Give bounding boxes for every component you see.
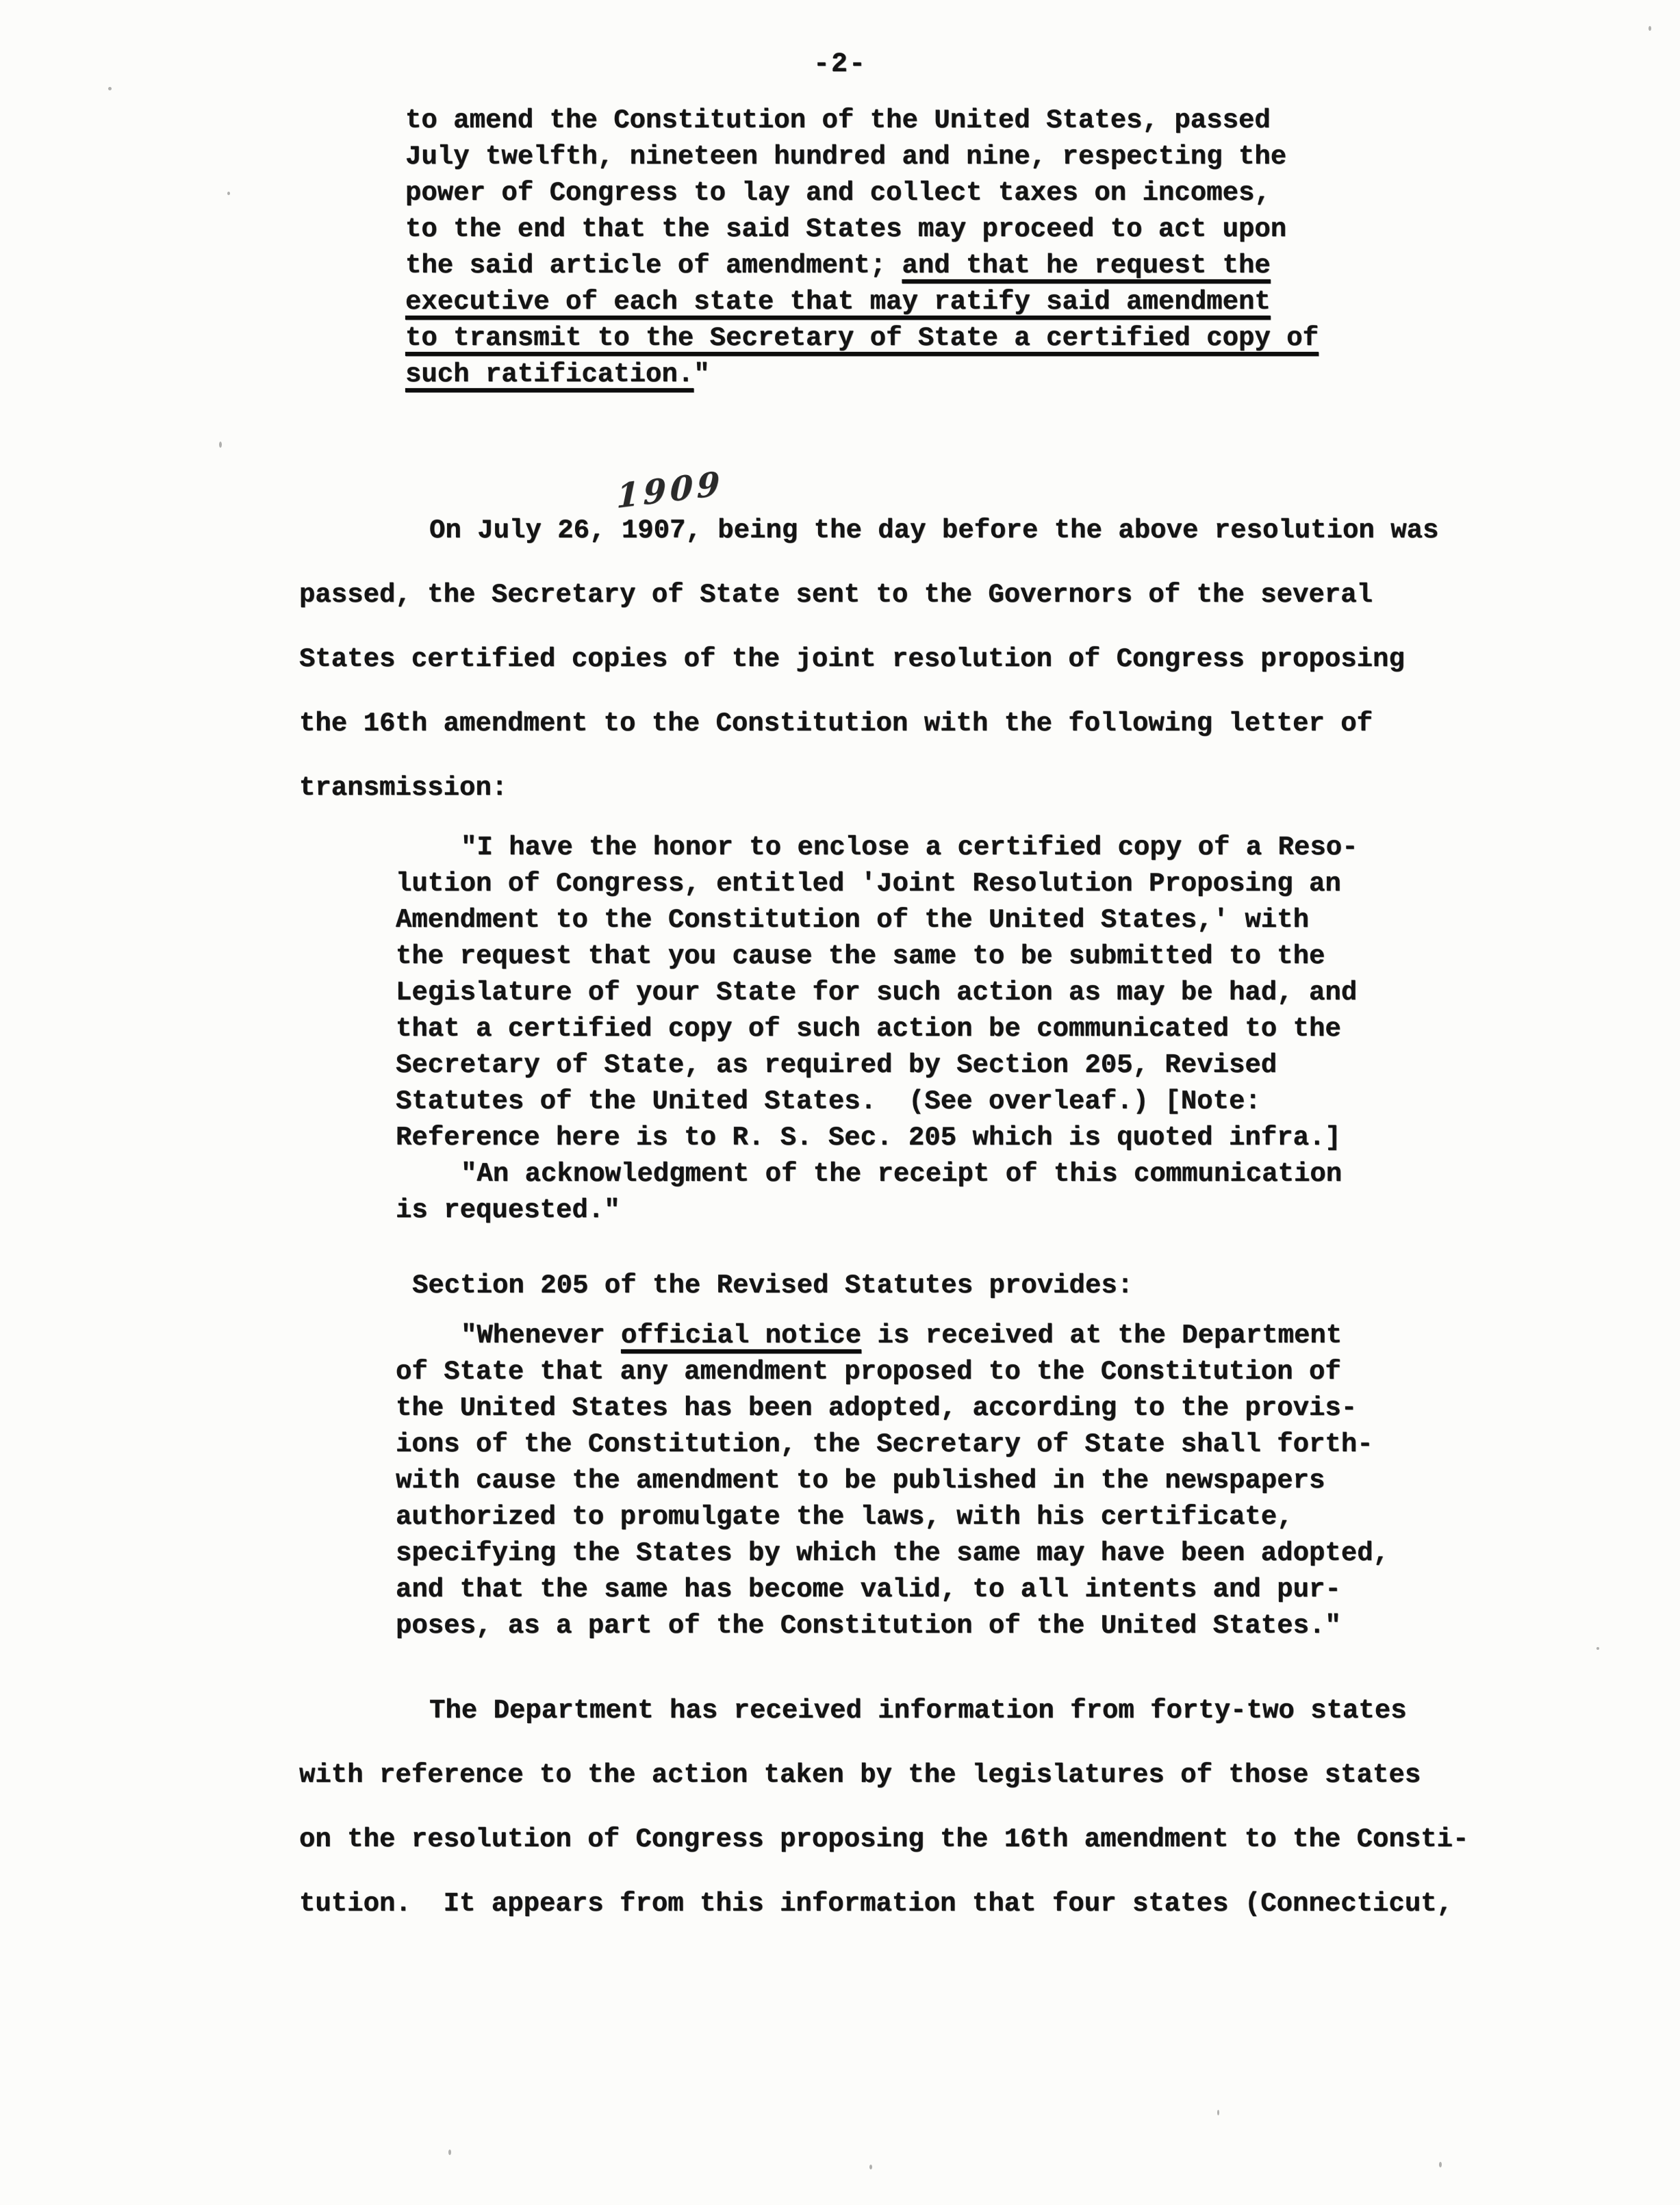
ink-speck: [1596, 1647, 1599, 1650]
text-segment: with cause the amendment to be published…: [396, 1466, 1325, 1496]
underlined-text-segment: official notice: [621, 1321, 861, 1351]
ink-speck: [1217, 2110, 1219, 2115]
text-segment: tution. It appears from this information…: [299, 1889, 1453, 1919]
document-page: -2- to amend the Constitution of the Uni…: [0, 0, 1680, 2205]
text-line: Amendment to the Constitution of the Uni…: [396, 902, 1358, 939]
text-segment: "Whenever: [461, 1321, 621, 1351]
text-line: to transmit to the Secretary of State a …: [405, 320, 1319, 357]
text-segment: poses, as a part of the Constitution of …: [396, 1611, 1341, 1641]
section-205-heading: Section 205 of the Revised Statutes prov…: [299, 1268, 1133, 1304]
text-line: with cause the amendment to be published…: [396, 1463, 1389, 1499]
ink-speck: [108, 87, 112, 90]
text-segment: of State that any amendment proposed to …: [396, 1357, 1341, 1387]
text-segment: and that the same has become valid, to a…: [396, 1575, 1341, 1605]
underlined-text-segment: such ratification.: [405, 359, 693, 390]
text-line: the United States has been adopted, acco…: [396, 1390, 1389, 1427]
text-line: specifying the States by which the same …: [396, 1535, 1389, 1572]
text-segment: ions of the Constitution, the Secretary …: [396, 1429, 1373, 1460]
text-line: "Whenever official notice is received at…: [396, 1318, 1389, 1354]
text-segment: the request that you cause the same to b…: [396, 941, 1325, 971]
blockquote-revised-statutes: "Whenever official notice is received at…: [396, 1318, 1389, 1644]
text-segment: "I have the honor to enclose a certified…: [461, 832, 1358, 863]
text-line: to the end that the said States may proc…: [405, 212, 1319, 248]
text-line: lution of Congress, entitled 'Joint Reso…: [396, 866, 1358, 902]
text-line: ions of the Constitution, the Secretary …: [396, 1427, 1389, 1463]
text-segment: specifying the States by which the same …: [396, 1538, 1389, 1568]
text-segment: power of Congress to lay and collect tax…: [405, 178, 1271, 208]
text-segment: is requested.": [396, 1195, 620, 1225]
text-line: Legislature of your State for such actio…: [396, 975, 1358, 1011]
text-line: transmission:: [299, 756, 1438, 820]
text-segment: States certified copies of the joint res…: [299, 644, 1405, 674]
text-line: that a certified copy of such action be …: [396, 1011, 1358, 1047]
underlined-text-segment: executive of each state that may ratify …: [405, 287, 1271, 317]
text-line: and that the same has become valid, to a…: [396, 1572, 1389, 1608]
text-line: the said article of amendment; and that …: [405, 248, 1319, 284]
text-line: Section 205 of the Revised Statutes prov…: [299, 1268, 1133, 1304]
text-line: with reference to the action taken by th…: [299, 1743, 1468, 1807]
text-line: "An acknowledgment of the receipt of thi…: [396, 1156, 1358, 1193]
text-line: Secretary of State, as required by Secti…: [396, 1047, 1358, 1084]
ink-speck: [1439, 2162, 1442, 2167]
paragraph-transmittal: On July 26, 1907, being the day before t…: [299, 498, 1438, 820]
text-line: passed, the Secretary of State sent to t…: [299, 563, 1438, 627]
text-line: The Department has received information …: [299, 1679, 1468, 1743]
text-line: executive of each state that may ratify …: [405, 284, 1319, 320]
text-segment: Secretary of State, as required by Secti…: [396, 1050, 1277, 1080]
text-segment: Legislature of your State for such actio…: [396, 978, 1357, 1008]
text-segment: "An acknowledgment of the receipt of thi…: [461, 1159, 1342, 1189]
text-segment: Reference here is to R. S. Sec. 205 whic…: [396, 1123, 1341, 1153]
text-segment: that a certified copy of such action be …: [396, 1014, 1341, 1044]
text-line: the request that you cause the same to b…: [396, 939, 1358, 975]
text-line: July twelfth, nineteen hundred and nine,…: [405, 139, 1319, 175]
text-segment: on the resolution of Congress proposing …: [299, 1824, 1468, 1855]
text-segment: authorized to promulgate the laws, with …: [396, 1502, 1293, 1532]
text-segment: is received at the Department: [861, 1321, 1342, 1351]
text-segment: the United States has been adopted, acco…: [396, 1393, 1357, 1423]
text-line: States certified copies of the joint res…: [299, 627, 1438, 691]
blockquote-joint-resolution: to amend the Constitution of the United …: [405, 103, 1319, 393]
text-segment: the 16th amendment to the Constitution w…: [299, 709, 1373, 739]
text-line: authorized to promulgate the laws, with …: [396, 1499, 1389, 1535]
blockquote-letter-of-transmission: "I have the honor to enclose a certified…: [396, 830, 1358, 1229]
text-line: is requested.": [396, 1193, 1358, 1229]
text-line: to amend the Constitution of the United …: [405, 103, 1319, 139]
underlined-text-segment: to transmit to the Secretary of State a …: [405, 323, 1319, 353]
text-line: Reference here is to R. S. Sec. 205 whic…: [396, 1120, 1358, 1156]
text-line: of State that any amendment proposed to …: [396, 1354, 1389, 1390]
text-segment: On July 26, 1907, being the day before t…: [429, 515, 1438, 546]
text-line: on the resolution of Congress proposing …: [299, 1807, 1468, 1872]
text-segment: the said article of amendment;: [405, 251, 902, 281]
text-segment: ": [693, 359, 709, 390]
text-line: On July 26, 1907, being the day before t…: [299, 498, 1438, 563]
ink-speck: [227, 192, 230, 195]
text-line: "I have the honor to enclose a certified…: [396, 830, 1358, 866]
text-segment: to amend the Constitution of the United …: [405, 105, 1271, 136]
text-line: Statutes of the United States. (See over…: [396, 1084, 1358, 1120]
ink-speck: [448, 2150, 451, 2155]
text-line: power of Congress to lay and collect tax…: [405, 175, 1319, 212]
text-segment: to the end that the said States may proc…: [405, 214, 1286, 244]
text-segment: July twelfth, nineteen hundred and nine,…: [405, 142, 1286, 172]
text-segment: Statutes of the United States. (See over…: [396, 1086, 1261, 1117]
ink-speck: [219, 442, 222, 448]
text-line: such ratification.": [405, 357, 1319, 393]
text-segment: Amendment to the Constitution of the Uni…: [396, 905, 1309, 935]
paragraph-department-info: The Department has received information …: [299, 1679, 1468, 1936]
text-line: poses, as a part of the Constitution of …: [396, 1608, 1389, 1644]
page-number: -2-: [0, 49, 1680, 80]
text-segment: lution of Congress, entitled 'Joint Reso…: [396, 869, 1341, 899]
ink-speck: [869, 2165, 872, 2169]
text-segment: transmission:: [299, 773, 507, 803]
ink-speck: [1649, 26, 1651, 31]
text-line: the 16th amendment to the Constitution w…: [299, 691, 1438, 756]
underlined-text-segment: and that he request the: [902, 251, 1271, 281]
text-segment: with reference to the action taken by th…: [299, 1760, 1421, 1790]
text-segment: The Department has received information …: [429, 1696, 1407, 1726]
text-line: tution. It appears from this information…: [299, 1872, 1468, 1936]
text-segment: passed, the Secretary of State sent to t…: [299, 580, 1373, 610]
